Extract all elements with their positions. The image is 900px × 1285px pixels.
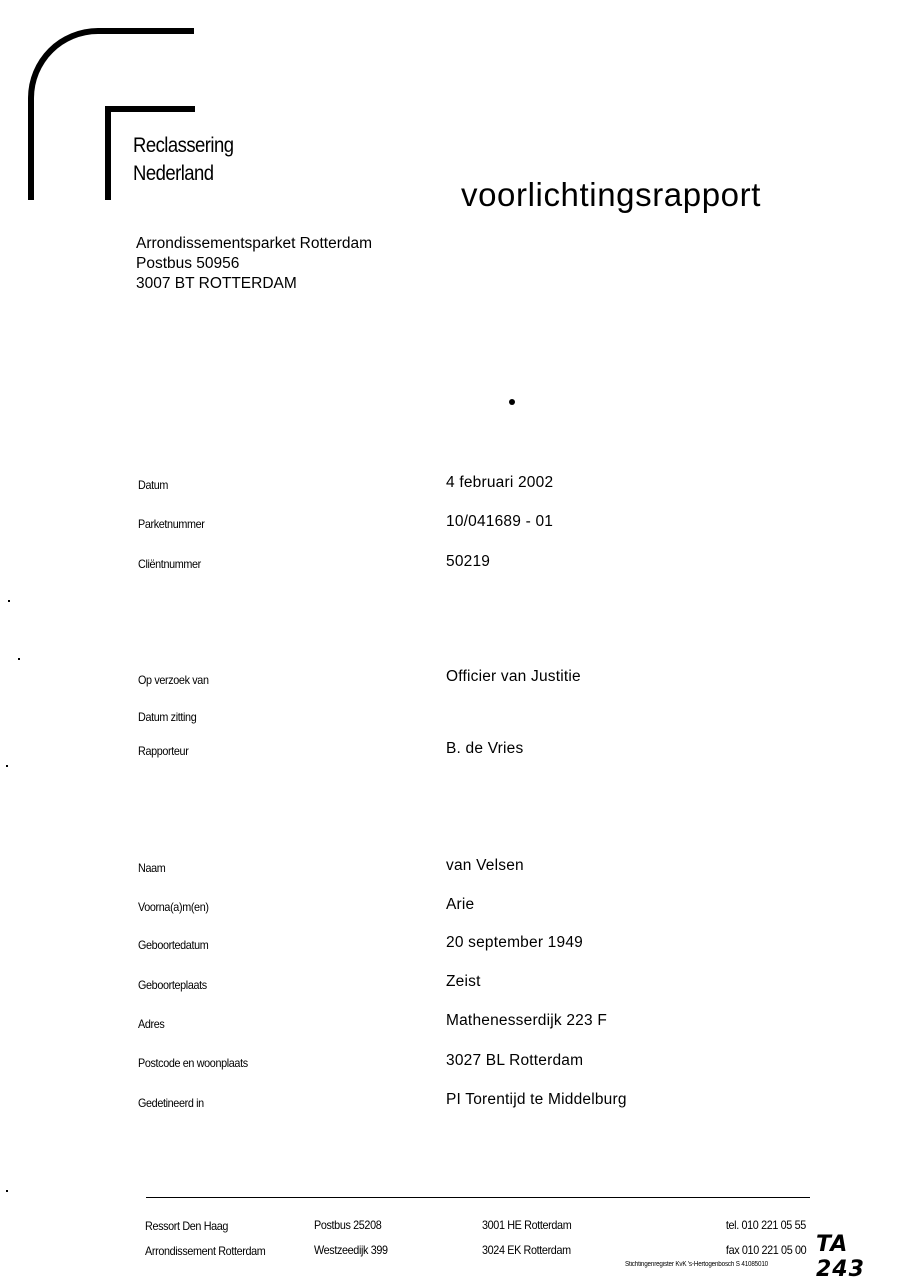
addressee-line2: Postbus 50956 <box>136 254 372 274</box>
value-datum: 4 februari 2002 <box>446 474 553 492</box>
label-datum-zitting: Datum zitting <box>138 710 196 724</box>
label-rapporteur: Rapporteur <box>138 744 188 758</box>
footer-fax: fax 010 221 05 00 <box>726 1243 806 1257</box>
label-parketnummer: Parketnummer <box>138 517 205 531</box>
value-geboortedatum: 20 september 1949 <box>446 934 583 952</box>
label-voornamen: Voorna(a)m(en) <box>138 900 209 914</box>
footer-registry: Stichtingenregister KvK 's-Hertogenbosch… <box>625 1261 768 1268</box>
value-naam: van Velsen <box>446 857 524 875</box>
value-voornamen: Arie <box>446 896 474 914</box>
org-name-line2: Nederland <box>133 160 233 188</box>
addressee-line3: 3007 BT ROTTERDAM <box>136 274 372 294</box>
footer-ressort: Ressort Den Haag <box>145 1219 228 1233</box>
footer-postbus: Postbus 25208 <box>314 1218 381 1232</box>
value-op-verzoek-van: Officier van Justitie <box>446 668 581 686</box>
org-name-line1: Reclassering <box>133 132 233 160</box>
addressee-block: Arrondissementsparket Rotterdam Postbus … <box>136 234 372 294</box>
value-geboorteplaats: Zeist <box>446 973 481 991</box>
scan-speck <box>6 765 8 767</box>
footer-street: Westzeedijk 399 <box>314 1243 388 1257</box>
label-gedetineerd-in: Gedetineerd in <box>138 1096 204 1110</box>
document-title: voorlichtingsrapport <box>461 176 761 214</box>
value-clientnummer: 50219 <box>446 553 490 571</box>
scan-dot <box>509 399 515 405</box>
label-geboorteplaats: Geboorteplaats <box>138 978 207 992</box>
footer-postbus-postcode: 3001 HE Rotterdam <box>482 1218 571 1232</box>
label-naam: Naam <box>138 861 165 875</box>
scan-speck <box>8 600 10 602</box>
value-parketnummer: 10/041689 - 01 <box>446 513 553 531</box>
footer-telephone: tel. 010 221 05 55 <box>726 1218 806 1232</box>
value-rapporteur: B. de Vries <box>446 740 523 758</box>
label-geboortedatum: Geboortedatum <box>138 938 208 952</box>
label-op-verzoek-van: Op verzoek van <box>138 673 209 687</box>
label-datum: Datum <box>138 478 168 492</box>
footer-arrondissement: Arrondissement Rotterdam <box>145 1244 265 1258</box>
footer-street-postcode: 3024 EK Rotterdam <box>482 1243 571 1257</box>
footer-divider <box>146 1197 810 1198</box>
value-postcode-woonplaats: 3027 BL Rotterdam <box>446 1052 583 1070</box>
value-adres: Mathenesserdijk 223 F <box>446 1012 607 1030</box>
value-gedetineerd-in: PI Torentijd te Middelburg <box>446 1091 627 1109</box>
label-postcode-woonplaats: Postcode en woonplaats <box>138 1056 248 1070</box>
label-adres: Adres <box>138 1017 164 1031</box>
scan-speck <box>6 1190 8 1192</box>
scan-speck <box>18 658 20 660</box>
handwritten-mark: TA 243 <box>816 1232 900 1282</box>
addressee-line1: Arrondissementsparket Rotterdam <box>136 234 372 254</box>
organization-logo-text: Reclassering Nederland <box>133 132 233 188</box>
label-clientnummer: Cliëntnummer <box>138 557 201 571</box>
